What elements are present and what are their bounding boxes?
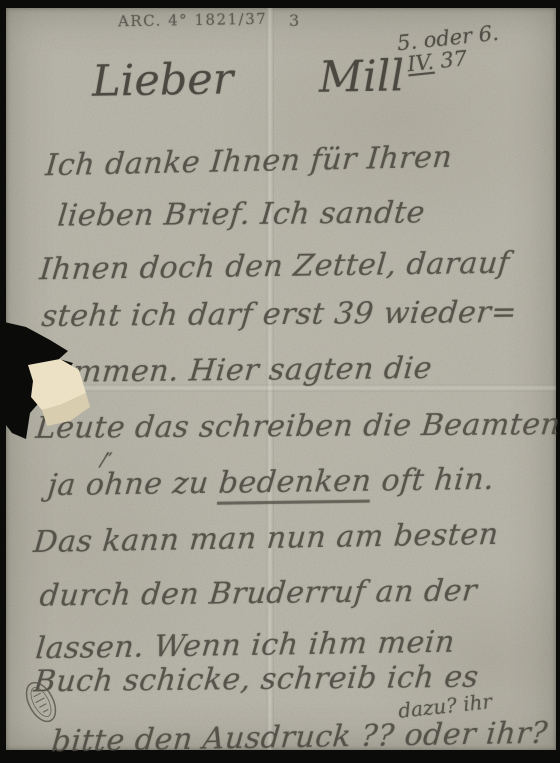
date-year: 37 <box>439 46 468 73</box>
body-line-7-underlined-word: bedenken <box>217 464 373 501</box>
body-line-12: bitte den Ausdruck ?? oder ihr? <box>50 716 549 760</box>
body-line-3: Ihnen doch den Zettel, darauf <box>38 246 511 288</box>
stamp-outer-ring <box>21 678 62 726</box>
body-line-7-post: oft hin. <box>370 462 496 499</box>
oval-library-stamp <box>20 674 62 730</box>
body-line-6: Leute das schreiben die Beamten <box>34 407 560 446</box>
letter-scan: ARC. 4° 1821/37 3 5. oder 6. IV. 37 Lieb… <box>0 0 560 763</box>
body-line-9: durch den Bruderruf an der <box>38 573 478 613</box>
body-line-11: Buch schicke, schreib ich es <box>32 660 480 700</box>
date-month-numeral: IV. <box>406 50 435 77</box>
body-line-7: ja ohne zu bedenken oft hin. <box>46 462 496 503</box>
caret-insertion-mark: ⁄″ <box>102 448 113 472</box>
page-number: 3 <box>289 11 301 30</box>
stamp-illegible-text <box>33 693 50 714</box>
body-line-2: lieben Brief. Ich sandte <box>56 195 426 233</box>
body-line-7-pre: ja ohne zu <box>46 466 220 503</box>
torn-paper-hole <box>0 313 100 453</box>
body-line-4: steht ich darf erst 39 wieder= <box>40 295 518 334</box>
archive-shelfmark: ARC. 4° 1821/37 <box>118 10 268 31</box>
stamp-inner-ring <box>27 684 55 719</box>
salutation: Lieber Mill <box>92 51 405 106</box>
